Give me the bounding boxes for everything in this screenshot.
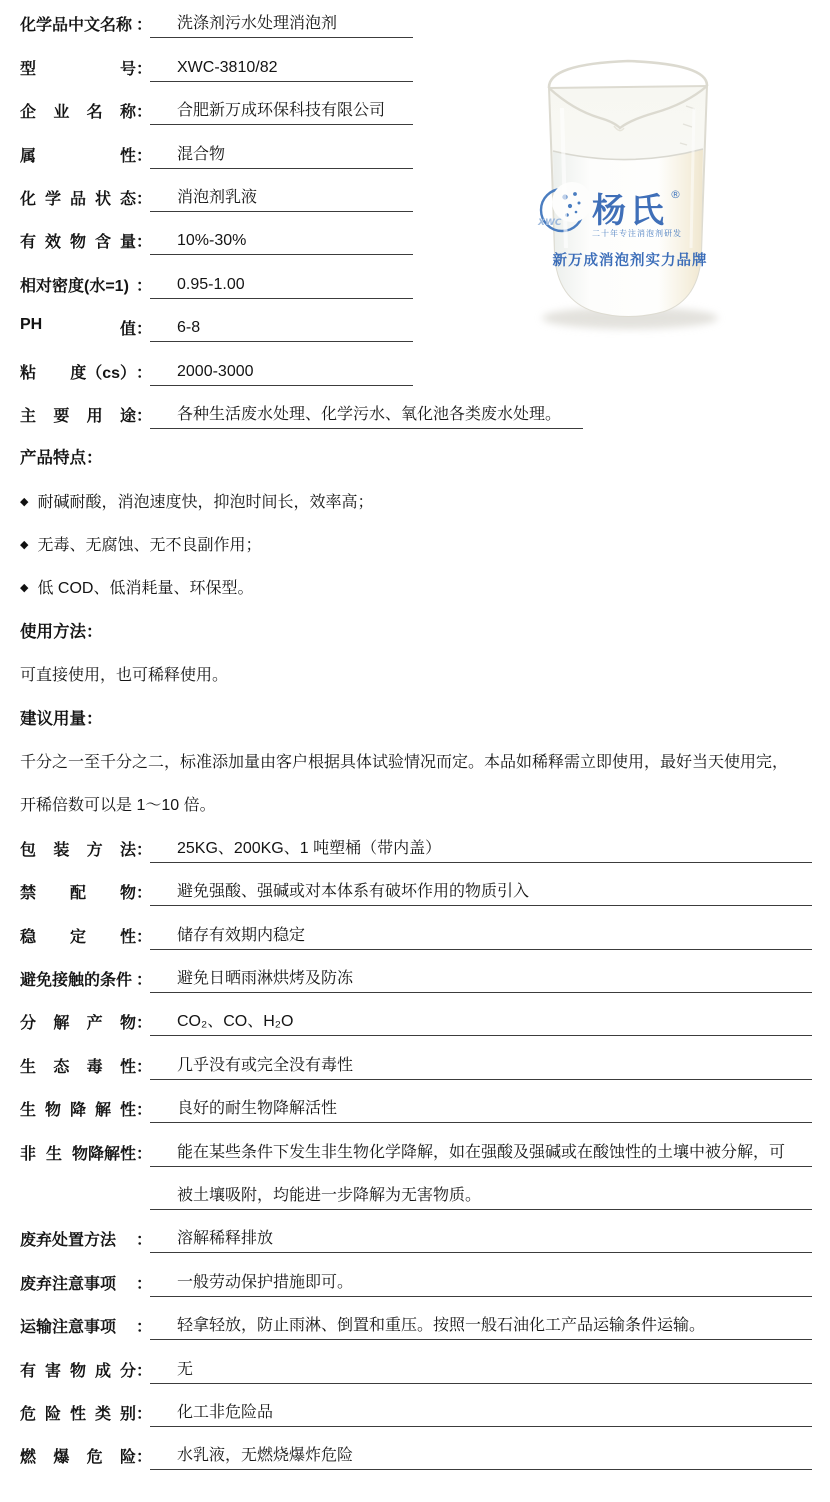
field-label: 禁配物	[20, 880, 136, 906]
field-colon: ：	[136, 1444, 150, 1470]
field-colon: ：	[136, 56, 150, 82]
field-label: 危险性类别	[20, 1401, 136, 1427]
field-colon: ：	[136, 360, 150, 386]
field-colon: ：	[136, 1010, 150, 1036]
field-colon: ：	[136, 99, 150, 125]
beaker-illustration: XWC 杨氏 ® 二十年专注消泡剂研发 新万成消泡剂实力品牌	[518, 48, 762, 344]
field-label: 非生物降解性	[20, 1141, 136, 1167]
field-label: 包装方法	[20, 837, 136, 863]
field-row-transport-precautions: 运输注意事项 ： 轻拿轻放，防止雨淋、倒置和重压。按照一般石油化工产品运输条件运…	[20, 1297, 812, 1340]
field-label: 有害物成分	[20, 1358, 136, 1384]
bullet-text: 耐碱耐酸，消泡速度快，抑泡时间长，效率高；	[37, 489, 373, 516]
field-label: 生物降解性	[20, 1097, 136, 1123]
field-value: 无	[150, 1356, 812, 1384]
field-label: 属性	[20, 143, 136, 169]
beaker-rim	[549, 61, 707, 88]
field-colon: ：	[136, 924, 150, 950]
field-value: 10%-30%	[150, 232, 413, 255]
dosage-line-2: 开稀倍数可以是 1～10 倍。	[20, 776, 812, 819]
brand-tagline-main: 新万成消泡剂实力品牌	[553, 251, 708, 269]
field-label: 主要用途	[20, 403, 136, 429]
field-row-fire-explosion-hazard: 燃爆危险 ： 水乳液，无燃烧爆炸危险	[20, 1427, 812, 1470]
field-colon: ：	[136, 1358, 150, 1384]
usage-text: 可直接使用，也可稀释使用。	[20, 646, 812, 689]
section-usage: 使用方法：	[20, 602, 812, 645]
product-photo: XWC 杨氏 ® 二十年专注消泡剂研发 新万成消泡剂实力品牌	[518, 48, 762, 344]
brand-sub-label: XWC	[537, 218, 562, 228]
field-colon: ：	[136, 1097, 150, 1123]
field-value: 一般劳动保护措施即可。	[150, 1269, 812, 1297]
field-value: 水乳液，无燃烧爆炸危险	[150, 1442, 812, 1470]
field-value: 消泡剂乳液	[150, 184, 413, 212]
field-label: 避免接触的条件	[20, 967, 136, 993]
field-colon: ：	[136, 1227, 150, 1253]
field-label: 化学品中文名称	[20, 12, 136, 38]
field-label: 化学品状态	[20, 186, 136, 212]
bullet-text: 低 COD、低消耗量、环保型。	[37, 575, 253, 602]
field-label: 运输注意事项	[20, 1314, 136, 1340]
field-value: 溶解稀释排放	[150, 1225, 812, 1253]
field-row-stability: 稳定性 ： 储存有效期内稳定	[20, 906, 812, 949]
section-features: 产品特点：	[20, 429, 812, 472]
field-row-biodegradability: 生物降解性 ： 良好的耐生物降解活性	[20, 1080, 812, 1123]
field-colon: ：	[136, 229, 150, 255]
section-heading: 使用方法：	[20, 618, 103, 646]
diamond-bullet-icon: ◆	[20, 538, 28, 559]
section-heading: 建议用量：	[20, 705, 103, 733]
bullet-item: ◆ 耐碱耐酸，消泡速度快，抑泡时间长，效率高；	[20, 472, 812, 515]
field-value: 被土壤吸附，均能进一步降解为无害物质。	[150, 1182, 812, 1210]
section-heading: 产品特点：	[20, 444, 103, 472]
brand-tagline-small: 二十年专注消泡剂研发	[592, 228, 682, 238]
field-row-harmful-components: 有害物成分 ： 无	[20, 1340, 812, 1383]
field-value: 2000-3000	[150, 363, 413, 386]
field-value: 能在某些条件下发生非生物化学降解，如在强酸及强碱或在酸蚀性的土壤中被分解，可	[150, 1139, 812, 1167]
field-row-main-use: 主要用途 ： 各种生活废水处理、化学污水、氧化池各类废水处理。	[20, 386, 812, 429]
field-row-packing: 包装方法 ： 25KG、200KG、1 吨塑桶（带内盖）	[20, 819, 812, 862]
field-label: 相对密度(水=1)	[20, 273, 136, 299]
field-colon: ：	[136, 12, 150, 38]
field-row-viscosity: 粘度（cs） ： 2000-3000	[20, 342, 812, 385]
field-row-decomposition: 分解产物 ： CO₂、CO、H₂O	[20, 993, 812, 1036]
field-colon: ：	[136, 837, 150, 863]
field-row-abiotic-degradability: 非生物降解性 ： 能在某些条件下发生非生物化学降解，如在强酸及强碱或在酸蚀性的土…	[20, 1123, 812, 1166]
paragraph-line: 千分之一至千分之二，标准添加量由客户根据具体试验情况而定。本品如稀释需立即使用，…	[20, 749, 788, 776]
field-colon: ：	[136, 1054, 150, 1080]
field-value: 25KG、200KG、1 吨塑桶（带内盖）	[150, 835, 812, 863]
field-value: 避免强酸、强碱或对本体系有破坏作用的物质引入	[150, 878, 812, 906]
field-row-conditions-to-avoid: 避免接触的条件 ： 避免日晒雨淋烘烤及防冻	[20, 950, 812, 993]
field-value: 0.95-1.00	[150, 276, 413, 299]
field-value: 避免日晒雨淋烘烤及防冻	[150, 965, 812, 993]
registered-mark-icon: ®	[670, 188, 681, 201]
field-value: 良好的耐生物降解活性	[150, 1095, 812, 1123]
field-colon: ：	[136, 403, 150, 429]
field-row-ecotoxicity: 生态毒性 ： 几乎没有或完全没有毒性	[20, 1036, 812, 1079]
bullet-text: 无毒、无腐蚀、无不良副作用；	[37, 532, 261, 559]
diamond-bullet-icon: ◆	[20, 581, 28, 602]
field-value: CO₂、CO、H₂O	[150, 1008, 812, 1036]
field-colon: ：	[136, 1401, 150, 1427]
field-label: 分解产物	[20, 1010, 136, 1036]
product-datasheet-page: 化学品中文名称 ： 洗涤剂污水处理消泡剂 型号 ： XWC-3810/82 企业…	[0, 0, 830, 1502]
field-value: 轻拿轻放，防止雨淋、倒置和重压。按照一般石油化工产品运输条件运输。	[150, 1312, 812, 1340]
field-colon: ：	[136, 316, 150, 342]
brand-name: 杨氏	[592, 191, 668, 231]
field-value: 合肥新万成环保科技有限公司	[150, 97, 413, 125]
field-colon: ：	[136, 967, 150, 993]
field-row-abiotic-degradability-cont: 被土壤吸附，均能进一步降解为无害物质。	[20, 1167, 812, 1210]
section-dosage: 建议用量：	[20, 689, 812, 732]
paragraph-line: 开稀倍数可以是 1～10 倍。	[20, 792, 216, 819]
field-row-incompatibles: 禁配物 ： 避免强酸、强碱或对本体系有破坏作用的物质引入	[20, 863, 812, 906]
field-label: 生态毒性	[20, 1054, 136, 1080]
field-value: XWC-3810/82	[150, 59, 413, 82]
field-row-disposal-method: 废弃处置方法 ： 溶解稀释排放	[20, 1210, 812, 1253]
field-colon: ：	[136, 143, 150, 169]
dosage-line-1: 千分之一至千分之二，标准添加量由客户根据具体试验情况而定。本品如稀释需立即使用，…	[20, 733, 812, 776]
field-colon: ：	[136, 1314, 150, 1340]
field-value: 洗涤剂污水处理消泡剂	[150, 10, 413, 38]
paragraph-line: 可直接使用，也可稀释使用。	[20, 662, 228, 689]
field-label: 稳定性	[20, 924, 136, 950]
field-value: 6-8	[150, 319, 413, 342]
field-label: 废弃处置方法	[20, 1227, 136, 1253]
field-colon: ：	[136, 1271, 150, 1297]
field-colon: ：	[136, 186, 150, 212]
field-value: 几乎没有或完全没有毒性	[150, 1052, 812, 1080]
field-label: PH值	[20, 316, 136, 342]
field-colon: ：	[136, 880, 150, 906]
field-value: 储存有效期内稳定	[150, 922, 812, 950]
bullet-item: ◆ 低 COD、低消耗量、环保型。	[20, 559, 812, 602]
field-label: 粘度（cs）	[20, 360, 136, 386]
field-value: 各种生活废水处理、化学污水、氧化池各类废水处理。	[150, 401, 583, 429]
field-colon: ：	[136, 1141, 150, 1167]
field-colon: ：	[136, 273, 150, 299]
field-row-chemical-name: 化学品中文名称 ： 洗涤剂污水处理消泡剂	[20, 0, 812, 38]
field-label: 废弃注意事项	[20, 1271, 136, 1297]
field-label: 燃爆危险	[20, 1444, 136, 1470]
field-row-hazard-class: 危险性类别 ： 化工非危险品	[20, 1384, 812, 1427]
diamond-bullet-icon: ◆	[20, 495, 28, 516]
bullet-item: ◆ 无毒、无腐蚀、无不良副作用；	[20, 516, 812, 559]
field-value: 化工非危险品	[150, 1399, 812, 1427]
field-row-disposal-precautions: 废弃注意事项 ： 一般劳动保护措施即可。	[20, 1253, 812, 1296]
field-value: 混合物	[150, 141, 413, 169]
field-label: 有效物含量	[20, 229, 136, 255]
field-label: 型号	[20, 56, 136, 82]
field-label: 企业名称	[20, 99, 136, 125]
